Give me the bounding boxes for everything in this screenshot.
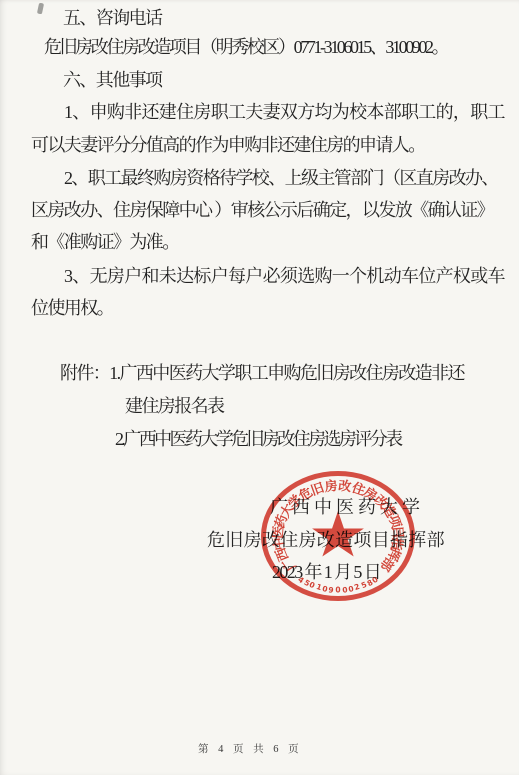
page-number: 第 4 页 共 6 页 [198, 741, 302, 756]
signature-date: 2023 年 1 月 5 日 [272, 562, 380, 584]
attachment-line2: 建住房报名表 [125, 396, 223, 418]
attachment-line1: 附件：1.广西中医药大学职工申购危旧房改住房改造非还 [60, 363, 464, 385]
item1-line2: 可以夫妻评分分值高的作为申购非还建住房的申请人。 [31, 135, 425, 157]
scan-artifact [37, 3, 44, 15]
section-heading-five: 五、咨询电话 [63, 8, 161, 30]
item2-line1: 2、职工最终购房资格待学校、上级主管部门（区直房改办、 [64, 168, 498, 190]
item3-line2: 位使用权。 [31, 298, 113, 320]
signature-department: 危旧房改住房改造项目指挥部 [207, 530, 445, 552]
item2-line2: 区房改办、住房保障中心 ）审核公示后确定，以发放《确认证》 [31, 200, 493, 222]
consultation-phone-line: 危旧房改住房改造项目（明秀校区）0771-3106015、3100902。 [44, 37, 447, 59]
item1-line1: 1、申购非还建住房职工夫妻双方均为校本部职工的，职工 [64, 102, 505, 124]
signature-organization: 广西中医药大学 [270, 497, 424, 519]
item3-line1: 3、无房户和未达标户每户必须选购一个机动车位产权或车 [64, 266, 505, 288]
attachment-line3: 2.广西中医药大学危旧房改住房选房评分表 [115, 429, 401, 451]
item2-line3: 和《准购证》为准。 [31, 232, 179, 254]
section-heading-six: 六、其他事项 [63, 70, 161, 92]
document-page: 五、咨询电话 危旧房改住房改造项目（明秀校区）0771-3106015、3100… [0, 0, 519, 775]
